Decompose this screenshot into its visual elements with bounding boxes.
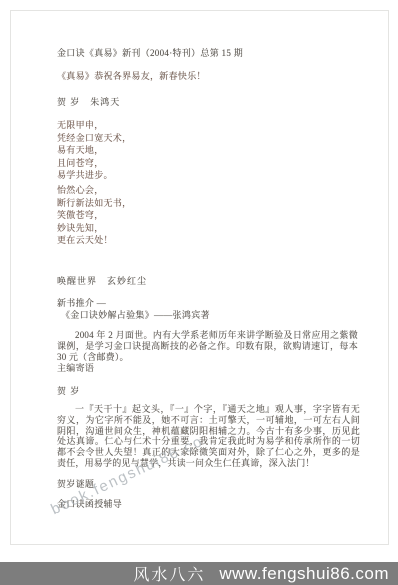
new-book-body: 2004 年 2 月面世。内有大学系老师历年来讲学断验及日常应用之紫微课例，是学… <box>57 330 358 362</box>
poem-line: 笑傲苍穹， <box>57 209 131 222</box>
poem-line: 断行新法如无书， <box>57 197 131 210</box>
issue-title: 金口诀《真易》新刊（2004·特刊）总第 15 期 <box>57 46 243 59</box>
greeting-line: 《真易》恭祝各界易友，新春快乐！ <box>57 69 206 82</box>
editor-note-heading: 主编寄语 <box>57 361 94 374</box>
poem-line: 凭经金口宽天术， <box>57 132 131 145</box>
editor-note-subheading: 贺 岁 <box>57 384 80 397</box>
poem-stanza-2: 怡然心会， 断行新法如无书， 笑傲苍穹， 妙诀先知， 更在云天处！ <box>57 184 131 247</box>
byline: 贺 岁 朱鸿天 <box>57 95 120 108</box>
editor-note-body: 一『天干十』起文头，『一』个字，『通天之地』观人事，字字皆有无穷义，为它字所不能… <box>57 404 360 469</box>
poem-line: 怡然心会， <box>57 184 131 197</box>
slogan-line: 唤醒世界 玄妙红尘 <box>57 274 147 287</box>
poem-line: 且问苍穹， <box>57 157 131 170</box>
scanned-document-page: 金口诀《真易》新刊（2004·特刊）总第 15 期 《真易》恭祝各界易友，新春快… <box>0 0 398 585</box>
footer-bar: 风水八六 www.fengshui86.com <box>0 562 398 585</box>
poem-line: 妙诀先知， <box>57 222 131 235</box>
footer-url: www.fengshui86.com <box>219 564 389 584</box>
course-heading: 金口诀函授辅导 <box>57 497 122 510</box>
footer-brand: 风水八六 <box>133 562 205 585</box>
puzzle-heading: 贺岁谜题 <box>57 477 94 490</box>
poem-line: 易学共进步。 <box>57 169 131 182</box>
poem-line: 易有天地， <box>57 144 131 157</box>
poem-line: 更在云天处！ <box>57 234 131 247</box>
poem-line: 无限甲申， <box>57 119 131 132</box>
new-book-title: 《金口诀妙解占验集》——张鸿宾著 <box>61 308 210 321</box>
poem-stanza-1: 无限甲申， 凭经金口宽天术， 易有天地， 且问苍穹， 易学共进步。 <box>57 119 131 182</box>
